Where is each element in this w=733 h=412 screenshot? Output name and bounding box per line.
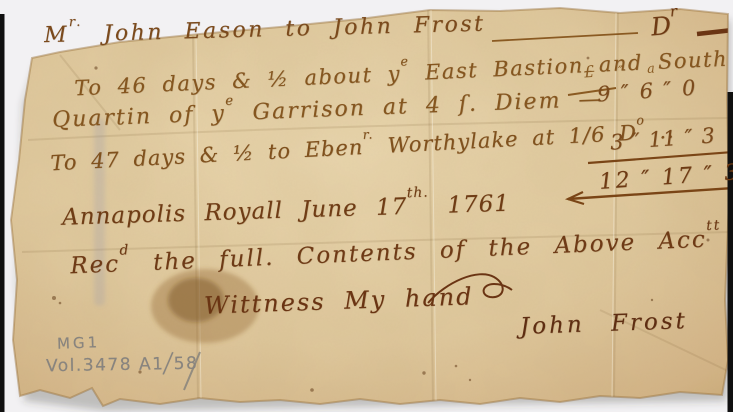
pounds-mark: £: [583, 62, 594, 82]
archival-item-number: 58: [174, 354, 199, 374]
scanned-document-canvas: Mr. John Eason to John Frost Dr To 46 da…: [0, 0, 733, 412]
archival-volume-ref: Vol.3478 A1: [46, 354, 165, 376]
dr-label: Dr: [650, 10, 680, 42]
pence-mark: a: [647, 62, 656, 78]
archival-note-line-2: Vol.3478 A1/58: [46, 354, 199, 377]
left-scan-edge: [0, 14, 5, 412]
right-scan-edge: [728, 92, 733, 412]
archival-note-line-1: MG1: [57, 333, 101, 352]
shillings-mark: ″: [618, 64, 624, 79]
